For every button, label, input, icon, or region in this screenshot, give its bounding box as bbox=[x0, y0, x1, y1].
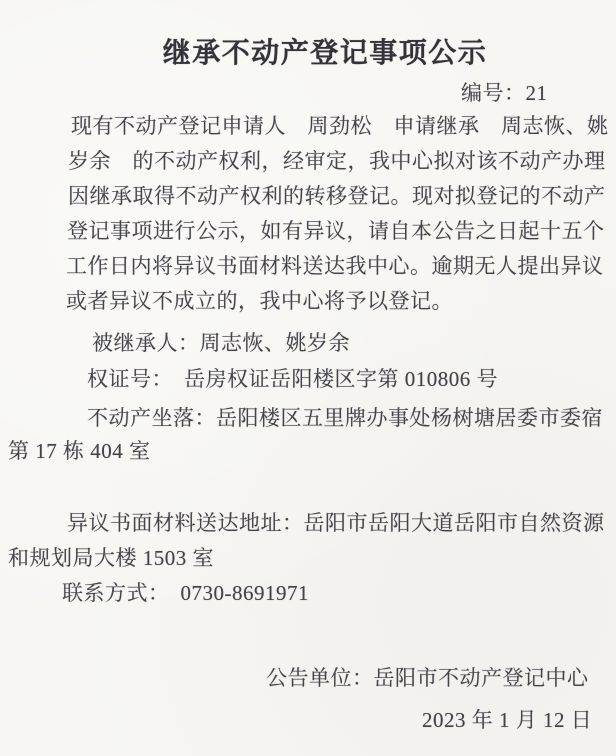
field-certificate-number: 权证号： 岳房权证岳阳楼区字第 010806 号 bbox=[87, 366, 498, 392]
body-paragraph-line: 因继承取得不动产权利的转移登记。现对拟登记的不动产 bbox=[68, 183, 606, 209]
body-paragraph-line: 工作日内将异议书面材料送达我中心。逾期无人提出异议 bbox=[66, 253, 604, 279]
field-property-location: 不动产坐落：岳阳楼区五里牌办事处杨树塘居委市委宿 bbox=[87, 405, 603, 431]
body-paragraph-line: 岁余 的不动产权利，经审定，我中心拟对该不动产办理 bbox=[68, 148, 606, 174]
body-paragraph-line: 现有不动产登记申请人 周劲松 申请继承 周志恢、姚 bbox=[71, 113, 609, 139]
field-contact-phone: 联系方式： 0730-8691971 bbox=[62, 580, 309, 606]
page-title: 继承不动产登记事项公示 bbox=[0, 31, 616, 71]
field-decedents: 被继承人：周志恢、姚岁余 bbox=[92, 330, 350, 356]
body-paragraph-line: 登记事项进行公示，如有异议，请自本公告之日起十五个 bbox=[67, 218, 605, 244]
field-property-location-continued: 第 17 栋 404 室 bbox=[8, 438, 151, 464]
field-objection-address-continued: 和规划局大楼 1503 室 bbox=[8, 545, 214, 571]
issuing-authority: 公告单位：岳阳市不动产登记中心 bbox=[266, 665, 589, 691]
body-paragraph-line: 或者异议不成立的，我中心将予以登记。 bbox=[66, 288, 453, 314]
field-objection-address: 异议书面材料送达地址：岳阳市岳阳大道岳阳市自然资源 bbox=[67, 510, 605, 536]
issue-date: 2023 年 1 月 12 日 bbox=[422, 707, 592, 733]
scanned-notice-page: 继承不动产登记事项公示 编号：21 现有不动产登记申请人 周劲松 申请继承 周志… bbox=[0, 0, 616, 756]
document-number: 编号：21 bbox=[461, 80, 548, 106]
